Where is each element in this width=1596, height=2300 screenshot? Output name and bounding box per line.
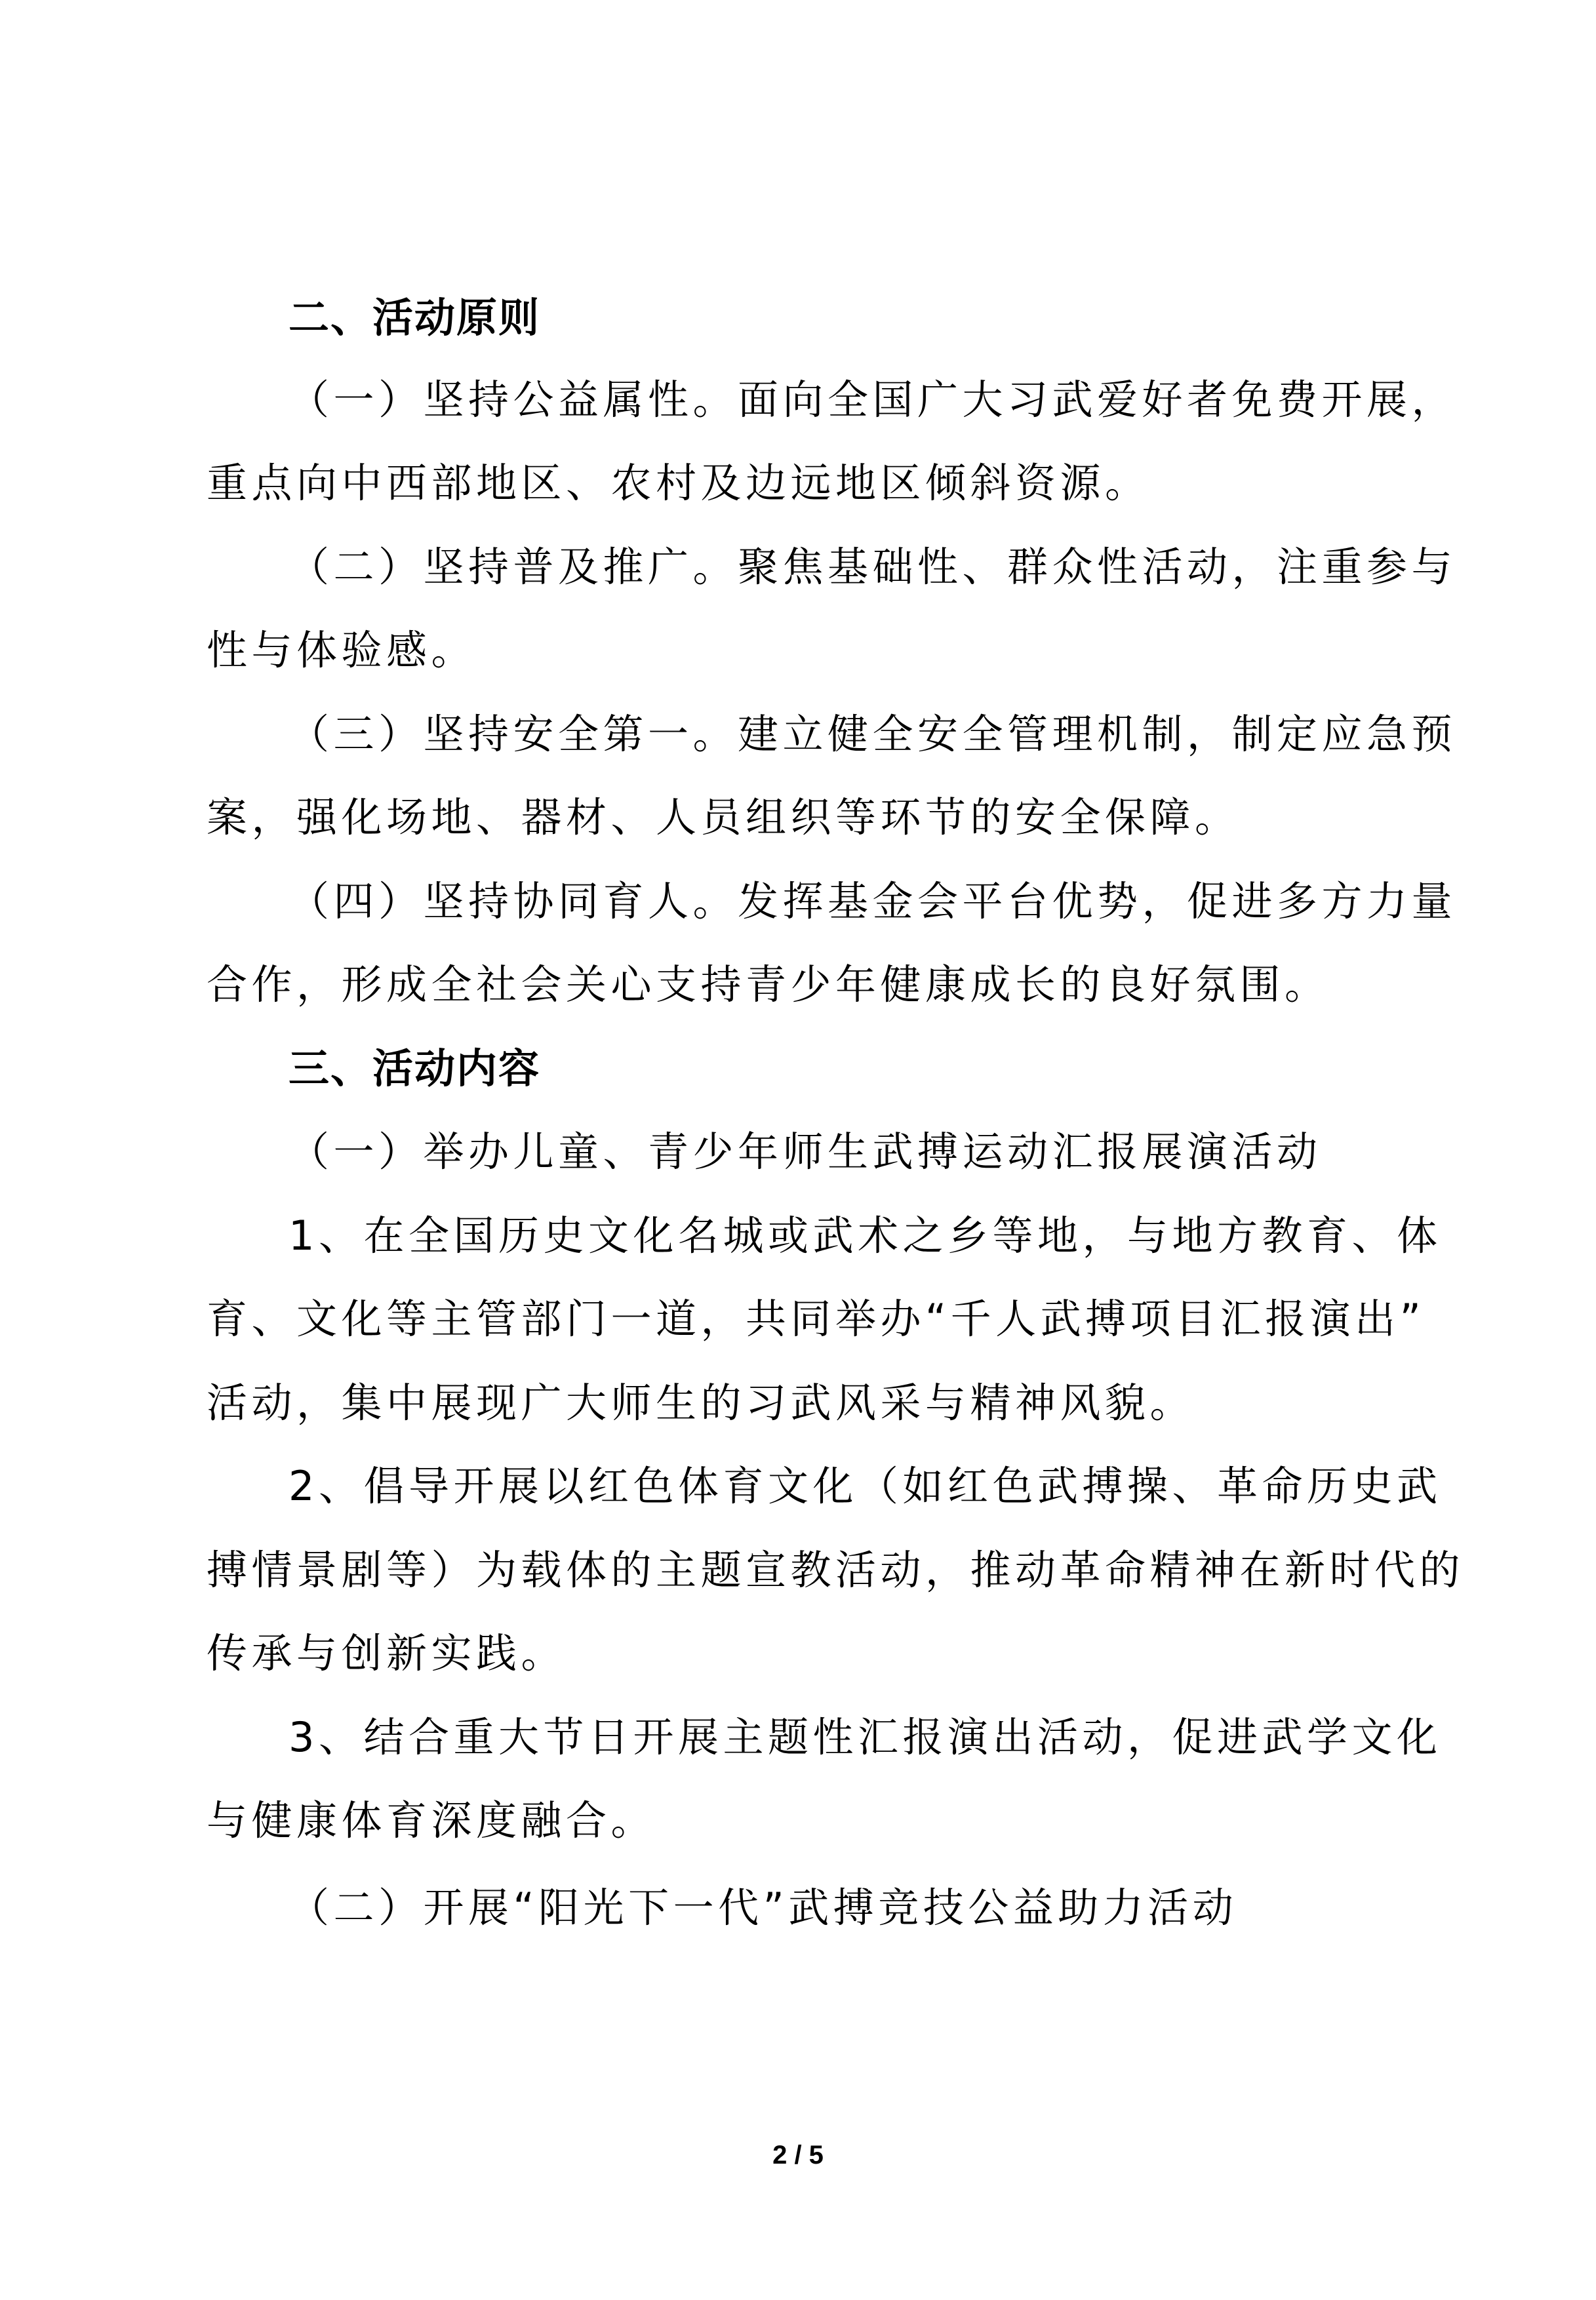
paragraph-line: （四）坚持协同育人。发挥基金会平台优势，促进多方力量 bbox=[289, 875, 1502, 928]
paragraph-line: （一）坚持公益属性。面向全国广大习武爱好者免费开展， bbox=[289, 374, 1502, 426]
subheading: （二）开展“阳光下一代”武搏竞技公益助力活动 bbox=[289, 1882, 1502, 1934]
paragraph-line: 性与体验感。 bbox=[207, 624, 1420, 677]
paragraph-line: 重点向中西部地区、农村及边远地区倾斜资源。 bbox=[207, 457, 1420, 509]
list-item-line: 传承与创新实践。 bbox=[207, 1627, 1420, 1680]
list-item-line: 搏情景剧等）为载体的主题宣教活动，推动革命精神在新时代的 bbox=[207, 1544, 1420, 1596]
list-item-line: 育、文化等主管部门一道，共同举办“千人武搏项目汇报演出” bbox=[207, 1293, 1420, 1345]
paragraph-line: 合作，形成全社会关心支持青少年健康成长的良好氛围。 bbox=[207, 959, 1420, 1011]
section-heading: 二、活动原则 bbox=[289, 292, 1502, 344]
paragraph-line: 案，强化场地、器材、人员组织等环节的安全保障。 bbox=[207, 791, 1420, 844]
list-item-line: 1、在全国历史文化名城或武术之乡等地，与地方教育、体 bbox=[289, 1210, 1502, 1262]
list-item-line: 3、结合重大节日开展主题性汇报演出活动，促进武学文化 bbox=[289, 1711, 1502, 1764]
page-number: 2 / 5 bbox=[0, 2139, 1596, 2171]
document-page: 二、活动原则 （一）坚持公益属性。面向全国广大习武爱好者免费开展， 重点向中西部… bbox=[0, 0, 1596, 2300]
paragraph-line: （二）坚持普及推广。聚焦基础性、群众性活动，注重参与 bbox=[289, 541, 1502, 593]
section-heading: 三、活动内容 bbox=[289, 1042, 1502, 1095]
list-item-line: 与健康体育深度融合。 bbox=[207, 1794, 1420, 1847]
paragraph-line: （三）坚持安全第一。建立健全安全管理机制，制定应急预 bbox=[289, 708, 1502, 761]
list-item-line: 活动，集中展现广大师生的习武风采与精神风貌。 bbox=[207, 1377, 1420, 1429]
list-item-line: 2、倡导开展以红色体育文化（如红色武搏操、革命历史武 bbox=[289, 1460, 1502, 1513]
subheading: （一）举办儿童、青少年师生武搏运动汇报展演活动 bbox=[289, 1126, 1502, 1178]
